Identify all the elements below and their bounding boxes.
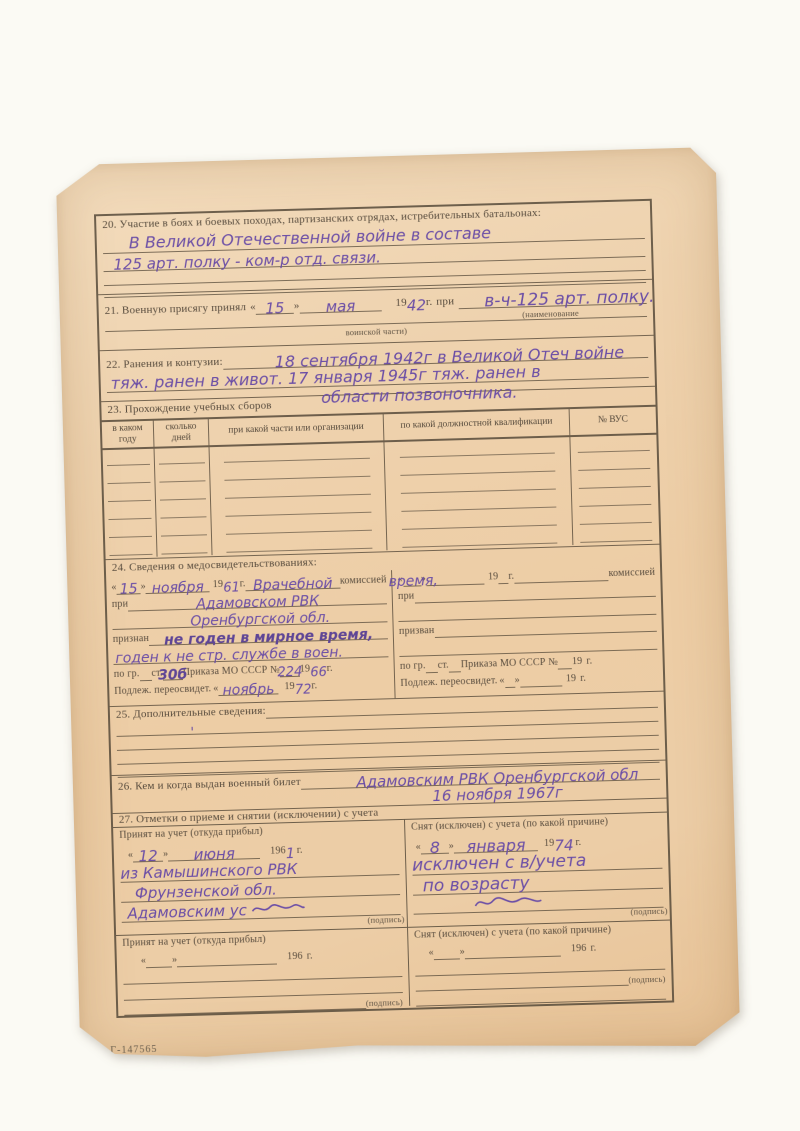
commission-label: комиссией xyxy=(608,567,655,581)
year-prefix: 19 xyxy=(488,571,499,584)
day-field: 8 xyxy=(421,837,449,854)
col-header-year: в каком году xyxy=(102,420,155,447)
year-prefix: 19 xyxy=(213,579,224,592)
podlezh-label: Подлеж. переосвидет. xyxy=(400,676,497,691)
year-suffix: г. xyxy=(327,663,333,676)
section-26-label: 26. Кем и когда выдан военный билет xyxy=(118,776,301,795)
blank-underline xyxy=(465,940,561,959)
handwritten-entry: Адамовском РВК xyxy=(196,594,319,611)
stray-mark: ' xyxy=(190,727,194,740)
month-field: мая xyxy=(299,295,381,313)
priznan-label: признан xyxy=(113,633,150,647)
month-field: января xyxy=(454,835,538,853)
handwritten-entry: Оренбургской обл. xyxy=(190,611,330,629)
year-prefix: 19 xyxy=(544,838,555,851)
section-24: 24. Сведения о медосвидетельствованиях: … xyxy=(106,544,664,706)
prizvan-label: призван xyxy=(399,625,435,638)
month-field: ноября xyxy=(146,578,210,594)
blank-underline xyxy=(139,667,151,681)
handwritten-entry: исключен с в/учета xyxy=(412,852,587,874)
handwritten-entry: Врачебной xyxy=(253,577,333,593)
unit-field: в-ч-125 арт. полку. xyxy=(458,288,647,309)
year-suffix: г. xyxy=(590,943,596,956)
handwritten-month: июня xyxy=(193,846,235,862)
pogr-label: по гр. xyxy=(400,661,426,674)
handwritten-entry: Адамовским ус xyxy=(127,903,247,921)
year-suffix: г. xyxy=(575,837,581,850)
paper-sheet: 20. Участие в боях и боевых походах, пар… xyxy=(56,147,741,1063)
blank-underline xyxy=(449,658,461,672)
form-border: 20. Участие в боях и боевых походах, пар… xyxy=(94,199,674,1018)
year-prefix: 19 xyxy=(566,673,577,686)
handwritten-day: 12 xyxy=(138,848,158,864)
handwritten-day: 15 xyxy=(120,582,138,596)
print-code: Г-147565 xyxy=(110,1044,157,1056)
blank-underline xyxy=(498,570,508,584)
order-number-field: 224 xyxy=(280,663,300,678)
signature-label: (подпись) xyxy=(630,906,667,918)
col-header-qualification: по какой должностной квалификации xyxy=(384,409,571,440)
handwritten-entry: Фрунзенской обл. xyxy=(135,882,277,901)
med-exam-left: « 15 » ноября 19 61 г. Врачебной комисси… xyxy=(106,570,395,706)
pri-label: при xyxy=(436,296,454,310)
blank-underline xyxy=(520,672,562,687)
year-prefix: 19 xyxy=(395,297,407,311)
handwritten-year: 42 xyxy=(407,298,427,314)
handwritten-day: 15 xyxy=(265,301,285,317)
section-23: 23. Прохождение учебных сборов в каком г… xyxy=(101,386,659,559)
cell-accepted-2: Принят на учет (откуда прибыл) « » 196 г… xyxy=(116,928,409,1014)
year-prefix: 19 xyxy=(284,681,295,694)
blank-underline xyxy=(514,567,609,584)
table-23-body xyxy=(103,434,660,557)
blank-underline xyxy=(558,655,572,669)
handwritten-month: ноябрь xyxy=(222,682,274,697)
month-field: ноябрь xyxy=(218,680,278,696)
col-header-days: сколько дней xyxy=(154,419,210,446)
cell-removed-1: Снят (исключен) с учета (по какой причин… xyxy=(404,813,670,928)
col-header-vus: № ВУС xyxy=(570,406,657,434)
year-prefix: 19 xyxy=(572,656,583,669)
med-exam-columns: « 15 » ноября 19 61 г. Врачебной комисси… xyxy=(106,562,663,705)
day-field: 15 xyxy=(256,298,294,315)
signature-label: (подпись) xyxy=(367,914,404,926)
handwritten-overflow: время, xyxy=(388,574,438,589)
st-field: 30б xyxy=(162,666,182,681)
pogr-label: по гр. xyxy=(114,668,140,681)
commission-label: комиссией xyxy=(340,575,387,589)
year-suffix: г. xyxy=(586,656,592,669)
priznan-field: не годен в мирное время, xyxy=(149,625,388,646)
registration-table: Принят на учет (откуда прибыл) « 12 » ию… xyxy=(113,812,672,1014)
handwritten-month: мая xyxy=(326,299,356,315)
blank-underline xyxy=(425,659,437,673)
handwritten-year: 72 xyxy=(295,683,312,696)
handwritten-entry: 224 xyxy=(277,665,302,679)
handwritten-year: 61 xyxy=(223,581,240,594)
handwritten-entry: по возрасту xyxy=(422,875,529,895)
blank-underline xyxy=(146,951,172,968)
signature-label: (подпись) xyxy=(628,974,665,986)
paper-background: 20. Участие в боях и боевых походах, пар… xyxy=(56,147,741,1063)
handwritten-entry: 30б xyxy=(158,668,188,683)
blank-underline xyxy=(504,674,514,688)
blank-underline xyxy=(434,943,460,960)
day-field: 15 xyxy=(116,580,140,595)
handwritten-year: 66 xyxy=(310,666,327,679)
month-field: июня xyxy=(168,842,260,861)
note-naimenovanie: (наименование xyxy=(522,308,579,320)
year-suffix: г. xyxy=(311,681,317,694)
cell-removed-2: Снят (исключен) с учета (по какой причин… xyxy=(407,921,672,1006)
day-field: 12 xyxy=(133,845,163,862)
year-suffix: г. xyxy=(307,951,313,964)
col-header-unit: при какой части или организации xyxy=(209,414,385,445)
pri-label: при xyxy=(398,591,415,604)
year-suffix: г. xyxy=(426,296,433,310)
cell-accepted-1: Принят на учет (откуда прибыл) « 12 » ию… xyxy=(113,820,407,936)
signature-scribble xyxy=(473,892,543,912)
year-prefix: 196 xyxy=(287,951,303,964)
pri-label: при xyxy=(112,599,129,612)
med-exam-right: « » 19 г. комиссией при xyxy=(391,562,663,697)
commission-field: Врачебной xyxy=(245,574,340,591)
year-prefix: 196 xyxy=(571,943,587,956)
year-suffix: г. xyxy=(297,845,303,858)
year-suffix: г. xyxy=(580,673,586,686)
blank-underline xyxy=(177,948,277,967)
year-prefix: 196 xyxy=(270,845,286,858)
signature-label: (подпись) xyxy=(366,997,403,1009)
signature-scribble xyxy=(251,899,307,917)
scanned-document-page: 20. Участие в боях и боевых походах, пар… xyxy=(0,0,800,1131)
handwritten-month: ноября xyxy=(152,580,204,595)
podlezh-label: Подлеж. переосвидет. xyxy=(114,683,211,698)
handwritten-day: 8 xyxy=(430,839,441,855)
st-label: ст. xyxy=(438,660,450,673)
